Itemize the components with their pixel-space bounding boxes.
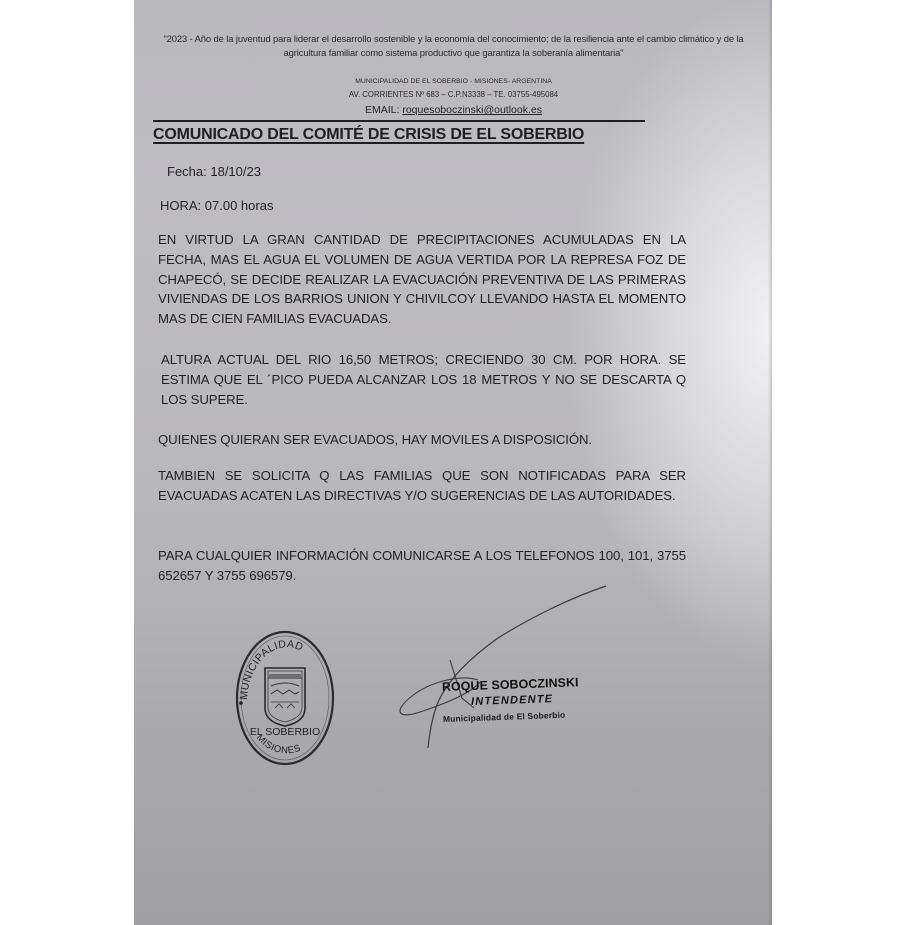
- stamp-top-text: MUNICIPALIDAD: [238, 638, 305, 700]
- header-municipality: MUNICIPALIDAD DE EL SOBERBIO - MISIONES-…: [146, 76, 761, 88]
- header-address: AV. CORRIENTES Nº 683 – C.P.N3338 – TE. …: [146, 89, 761, 101]
- document-date: Fecha: 18/10/23: [167, 163, 261, 181]
- handwritten-signature: [390, 578, 610, 748]
- paragraph-mobile-units: QUIENES QUIERAN SER EVACUADOS, HAY MOVIL…: [158, 430, 686, 450]
- document-time: HORA: 07.00 horas: [160, 197, 273, 215]
- email-label: EMAIL:: [365, 104, 399, 116]
- svg-text:MUNICIPALIDAD: MUNICIPALIDAD: [238, 638, 305, 700]
- header-email-line: EMAIL: roquesoboczinski@outlook.es: [146, 103, 761, 117]
- municipal-stamp: MUNICIPALIDAD EL SOBERBIO MISIONES: [233, 628, 337, 768]
- coat-of-arms-icon: [265, 668, 305, 726]
- document-photo: "2023 - Año de la juventud para liderar …: [134, 0, 772, 925]
- paragraph-directives: TAMBIEN SE SOLICITA Q LAS FAMILIAS QUE S…: [158, 466, 686, 506]
- paragraph-river-height: ALTURA ACTUAL DEL RIO 16,50 METROS; CREC…: [161, 350, 686, 409]
- email-address: roquesoboczinski@outlook.es: [402, 104, 542, 116]
- document-title: COMUNICADO DEL COMITÉ DE CRISIS DE EL SO…: [153, 124, 584, 146]
- header-divider: [153, 120, 645, 122]
- paragraph-evacuation: EN VIRTUD LA GRAN CANTIDAD DE PRECIPITAC…: [158, 230, 686, 329]
- header-motto: "2023 - Año de la juventud para liderar …: [146, 32, 761, 60]
